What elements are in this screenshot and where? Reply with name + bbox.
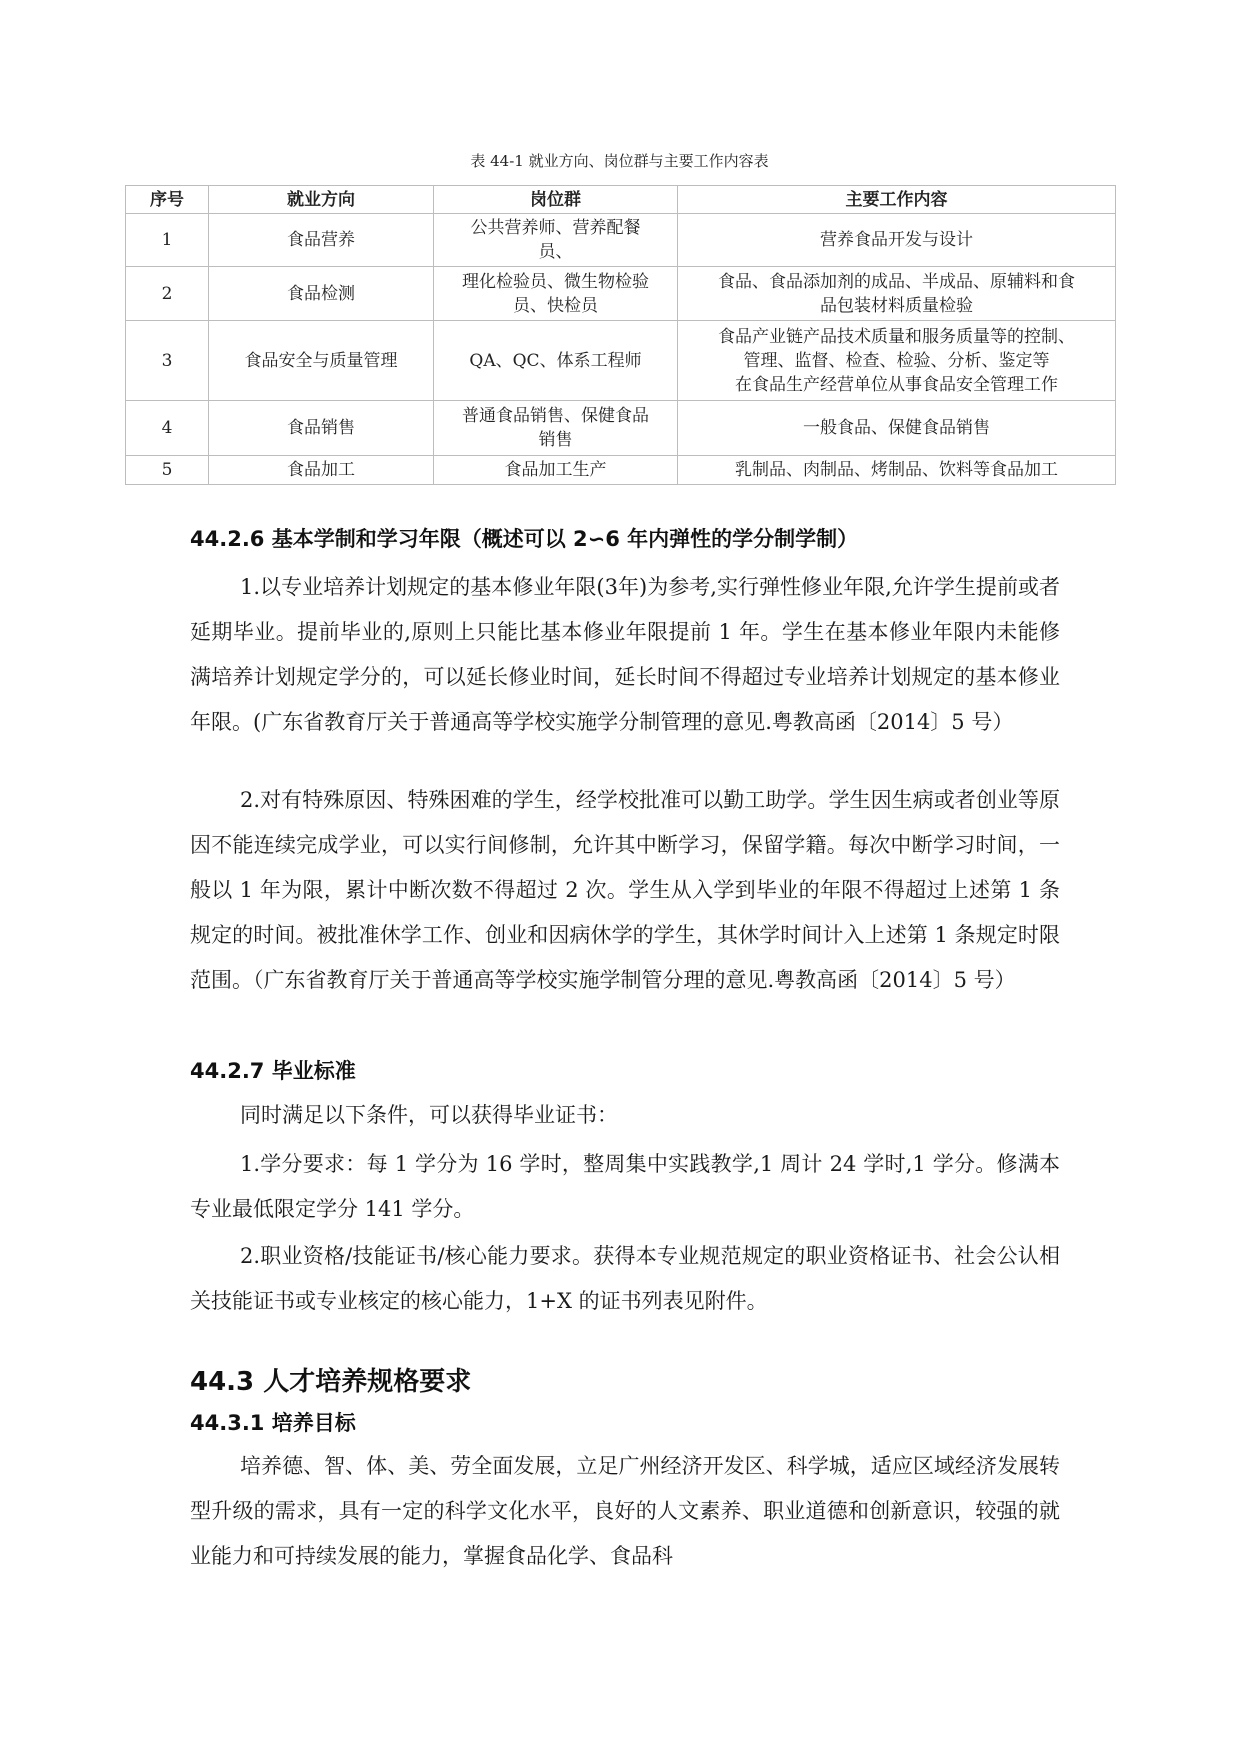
cell-line: 乳制品、肉制品、烤制品、饮料等食品加工 bbox=[680, 458, 1113, 482]
cell-line: 食品、食品添加剂的成品、半成品、原辅料和食 bbox=[680, 270, 1113, 294]
header-positions: 岗位群 bbox=[434, 186, 678, 214]
table-caption: 表 44-1 就业方向、岗位群与主要工作内容表 bbox=[0, 150, 1239, 171]
cell-content: 一般食品、保健食品销售 bbox=[678, 401, 1116, 456]
paragraph-2-7-intro: 同时满足以下条件，可以获得毕业证书： bbox=[190, 1093, 1060, 1138]
cell-line: 一般食品、保健食品销售 bbox=[680, 416, 1113, 440]
cell-direction: 食品加工 bbox=[209, 456, 434, 485]
cell-line: 员、 bbox=[436, 240, 675, 264]
header-no: 序号 bbox=[126, 186, 209, 214]
cell-no: 3 bbox=[126, 321, 209, 401]
cell-content: 乳制品、肉制品、烤制品、饮料等食品加工 bbox=[678, 456, 1116, 485]
table-row: 3 食品安全与质量管理 QA、QC、体系工程师 食品产业链产品技术质量和服务质量… bbox=[126, 321, 1116, 401]
section-heading-2-7: 44.2.7 毕业标准 bbox=[190, 1055, 356, 1085]
cell-positions: 普通食品销售、保健食品 销售 bbox=[434, 401, 678, 456]
cell-direction: 食品安全与质量管理 bbox=[209, 321, 434, 401]
cell-line: 理化检验员、微生物检验 bbox=[436, 270, 675, 294]
cell-line: 管理、监督、检查、检验、分析、鉴定等 bbox=[680, 349, 1113, 373]
paragraph-text: 2.职业资格/技能证书/核心能力要求。获得本专业规范规定的职业资格证书、社会公认… bbox=[190, 1244, 1060, 1313]
cell-content: 营养食品开发与设计 bbox=[678, 214, 1116, 267]
cell-direction: 食品销售 bbox=[209, 401, 434, 456]
cell-line: 食品加工生产 bbox=[436, 458, 675, 482]
cell-no: 5 bbox=[126, 456, 209, 485]
cell-direction: 食品营养 bbox=[209, 214, 434, 267]
cell-line: 公共营养师、营养配餐 bbox=[436, 216, 675, 240]
cell-content: 食品、食品添加剂的成品、半成品、原辅料和食 品包装材料质量检验 bbox=[678, 267, 1116, 321]
table-row: 5 食品加工 食品加工生产 乳制品、肉制品、烤制品、饮料等食品加工 bbox=[126, 456, 1116, 485]
section-heading-3: 44.3 人才培养规格要求 bbox=[190, 1361, 471, 1398]
table-row: 2 食品检测 理化检验员、微生物检验 员、快检员 食品、食品添加剂的成品、半成品… bbox=[126, 267, 1116, 321]
cell-line: 品包装材料质量检验 bbox=[680, 294, 1113, 318]
cell-line: 营养食品开发与设计 bbox=[680, 228, 1113, 252]
cell-positions: QA、QC、体系工程师 bbox=[434, 321, 678, 401]
section-heading-2-6: 44.2.6 基本学制和学习年限（概述可以 2∽6 年内弹性的学分制学制） bbox=[190, 523, 858, 553]
cell-direction: 食品检测 bbox=[209, 267, 434, 321]
paragraph-text: 1.学分要求：每 1 学分为 16 学时，整周集中实践教学,1 周计 24 学时… bbox=[190, 1152, 1060, 1221]
paragraph-2-7-1: 1.学分要求：每 1 学分为 16 学时，整周集中实践教学,1 周计 24 学时… bbox=[190, 1142, 1060, 1232]
paragraph-text: 1.以专业培养计划规定的基本修业年限(3年)为参考,实行弹性修业年限,允许学生提… bbox=[190, 575, 1060, 734]
cell-positions: 理化检验员、微生物检验 员、快检员 bbox=[434, 267, 678, 321]
paragraph-text: 2.对有特殊原因、特殊困难的学生，经学校批准可以勤工助学。学生因生病或者创业等原… bbox=[190, 788, 1060, 992]
paragraph-2-7-2: 2.职业资格/技能证书/核心能力要求。获得本专业规范规定的职业资格证书、社会公认… bbox=[190, 1234, 1060, 1324]
employment-table: 序号 就业方向 岗位群 主要工作内容 1 食品营养 公共营养师、营养配餐 员、 … bbox=[125, 185, 1116, 485]
cell-line: 食品产业链产品技术质量和服务质量等的控制、 bbox=[680, 325, 1113, 349]
header-content: 主要工作内容 bbox=[678, 186, 1116, 214]
paragraph-2-6-1: 1.以专业培养计划规定的基本修业年限(3年)为参考,实行弹性修业年限,允许学生提… bbox=[190, 565, 1060, 745]
cell-no: 2 bbox=[126, 267, 209, 321]
cell-no: 4 bbox=[126, 401, 209, 456]
paragraph-3-1: 培养德、智、体、美、劳全面发展，立足广州经济开发区、科学城，适应区域经济发展转型… bbox=[190, 1444, 1060, 1579]
table-header-row: 序号 就业方向 岗位群 主要工作内容 bbox=[126, 186, 1116, 214]
cell-positions: 食品加工生产 bbox=[434, 456, 678, 485]
cell-line: 员、快检员 bbox=[436, 294, 675, 318]
table-row: 4 食品销售 普通食品销售、保健食品 销售 一般食品、保健食品销售 bbox=[126, 401, 1116, 456]
paragraph-text: 培养德、智、体、美、劳全面发展，立足广州经济开发区、科学城，适应区域经济发展转型… bbox=[190, 1454, 1060, 1568]
table-row: 1 食品营养 公共营养师、营养配餐 员、 营养食品开发与设计 bbox=[126, 214, 1116, 267]
cell-content: 食品产业链产品技术质量和服务质量等的控制、 管理、监督、检查、检验、分析、鉴定等… bbox=[678, 321, 1116, 401]
cell-line: 销售 bbox=[436, 428, 675, 452]
paragraph-text: 同时满足以下条件，可以获得毕业证书： bbox=[240, 1103, 618, 1127]
cell-line: 在食品生产经营单位从事食品安全管理工作 bbox=[680, 373, 1113, 397]
header-direction: 就业方向 bbox=[209, 186, 434, 214]
paragraph-2-6-2: 2.对有特殊原因、特殊困难的学生，经学校批准可以勤工助学。学生因生病或者创业等原… bbox=[190, 778, 1060, 1003]
cell-line: 普通食品销售、保健食品 bbox=[436, 404, 675, 428]
section-heading-3-1: 44.3.1 培养目标 bbox=[190, 1407, 356, 1437]
cell-positions: 公共营养师、营养配餐 员、 bbox=[434, 214, 678, 267]
cell-no: 1 bbox=[126, 214, 209, 267]
cell-line: QA、QC、体系工程师 bbox=[436, 349, 675, 373]
